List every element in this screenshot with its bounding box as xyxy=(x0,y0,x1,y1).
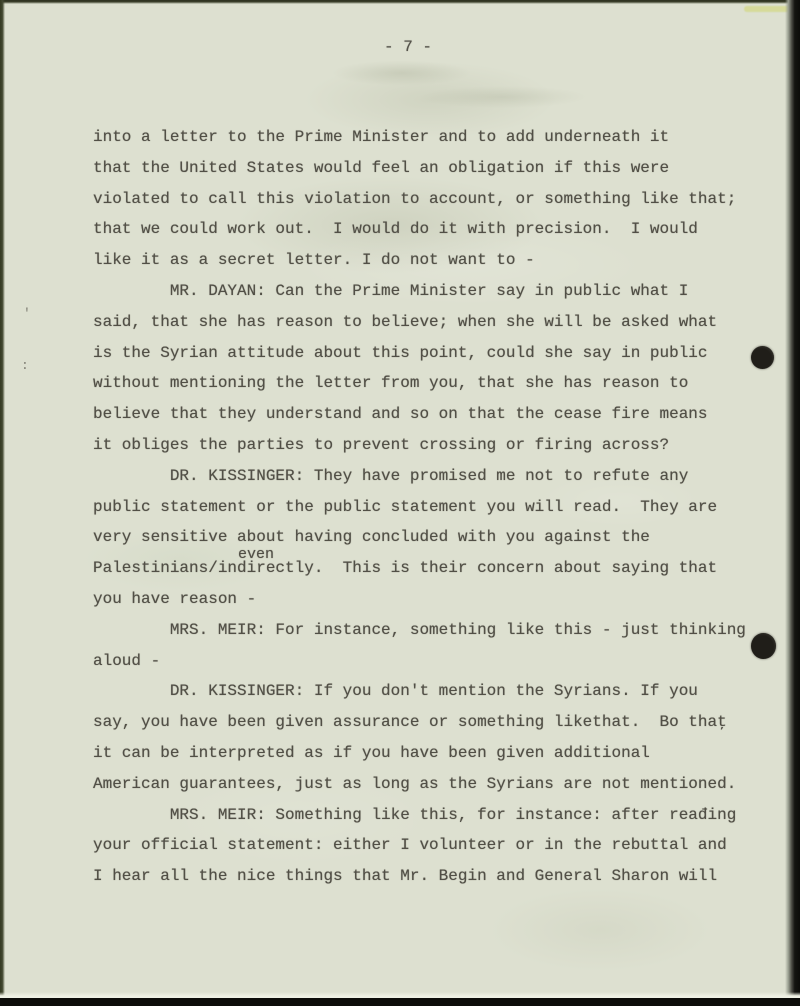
text-line: violated to call this violation to accou… xyxy=(93,184,783,215)
text-line: American guarantees, just as long as the… xyxy=(93,769,783,800)
text-line: into a letter to the Prime Minister and … xyxy=(93,122,783,153)
text-line: I hear all the nice things that Mr. Begi… xyxy=(93,861,783,892)
scanned-document-page: - 7 - into a letter to the Prime Ministe… xyxy=(0,0,800,1006)
text-line: you have reason - xyxy=(93,584,783,615)
text-line: public statement or the public statement… xyxy=(93,492,783,523)
interlinear-insertion: even xyxy=(238,540,274,571)
punch-hole xyxy=(751,633,776,659)
text-line: MR. DAYAN: Can the Prime Minister say in… xyxy=(93,276,783,307)
text-line: DR. KISSINGER: If you don't mention the … xyxy=(93,676,783,707)
punch-hole xyxy=(751,346,774,369)
text-line: very sensitive about having concluded wi… xyxy=(93,522,783,553)
text-line: it obliges the parties to prevent crossi… xyxy=(93,430,783,461)
scan-edge-bottom-dark xyxy=(0,998,800,1006)
text-line: MRS. MEIR: For instance, something like … xyxy=(93,615,783,646)
margin-speck: ' xyxy=(23,306,31,321)
text-line: it can be interpreted as if you have bee… xyxy=(93,738,783,769)
scan-edge-top xyxy=(0,0,800,4)
text-line: said, that she has reason to believe; wh… xyxy=(93,307,783,338)
scan-edge-right xyxy=(785,0,800,1006)
text-line: MRS. MEIR: Something like this, for inst… xyxy=(93,800,783,831)
text-line: that we could work out. I would do it wi… xyxy=(93,214,783,245)
text-line: like it as a secret letter. I do not wan… xyxy=(93,245,783,276)
text-line: without mentioning the letter from you, … xyxy=(93,368,783,399)
text-line: say, you have been given assurance or so… xyxy=(93,707,783,738)
page-number: - 7 - xyxy=(384,38,432,56)
text-line: is the Syrian attitude about this point,… xyxy=(93,338,783,369)
text-line: aloud - xyxy=(93,646,783,677)
margin-speck: : xyxy=(21,358,29,373)
paper-smudge xyxy=(300,55,590,115)
text-line: that the United States would feel an obl… xyxy=(93,153,783,184)
text-line: Palestinians/indirectly. This is their c… xyxy=(93,553,783,584)
text-line: your official statement: either I volunt… xyxy=(93,830,783,861)
scan-edge-left xyxy=(0,0,5,1006)
text-line: DR. KISSINGER: They have promised me not… xyxy=(93,461,783,492)
text-line: believe that they understand and so on t… xyxy=(93,399,783,430)
typed-text-body: into a letter to the Prime Minister and … xyxy=(93,122,783,892)
